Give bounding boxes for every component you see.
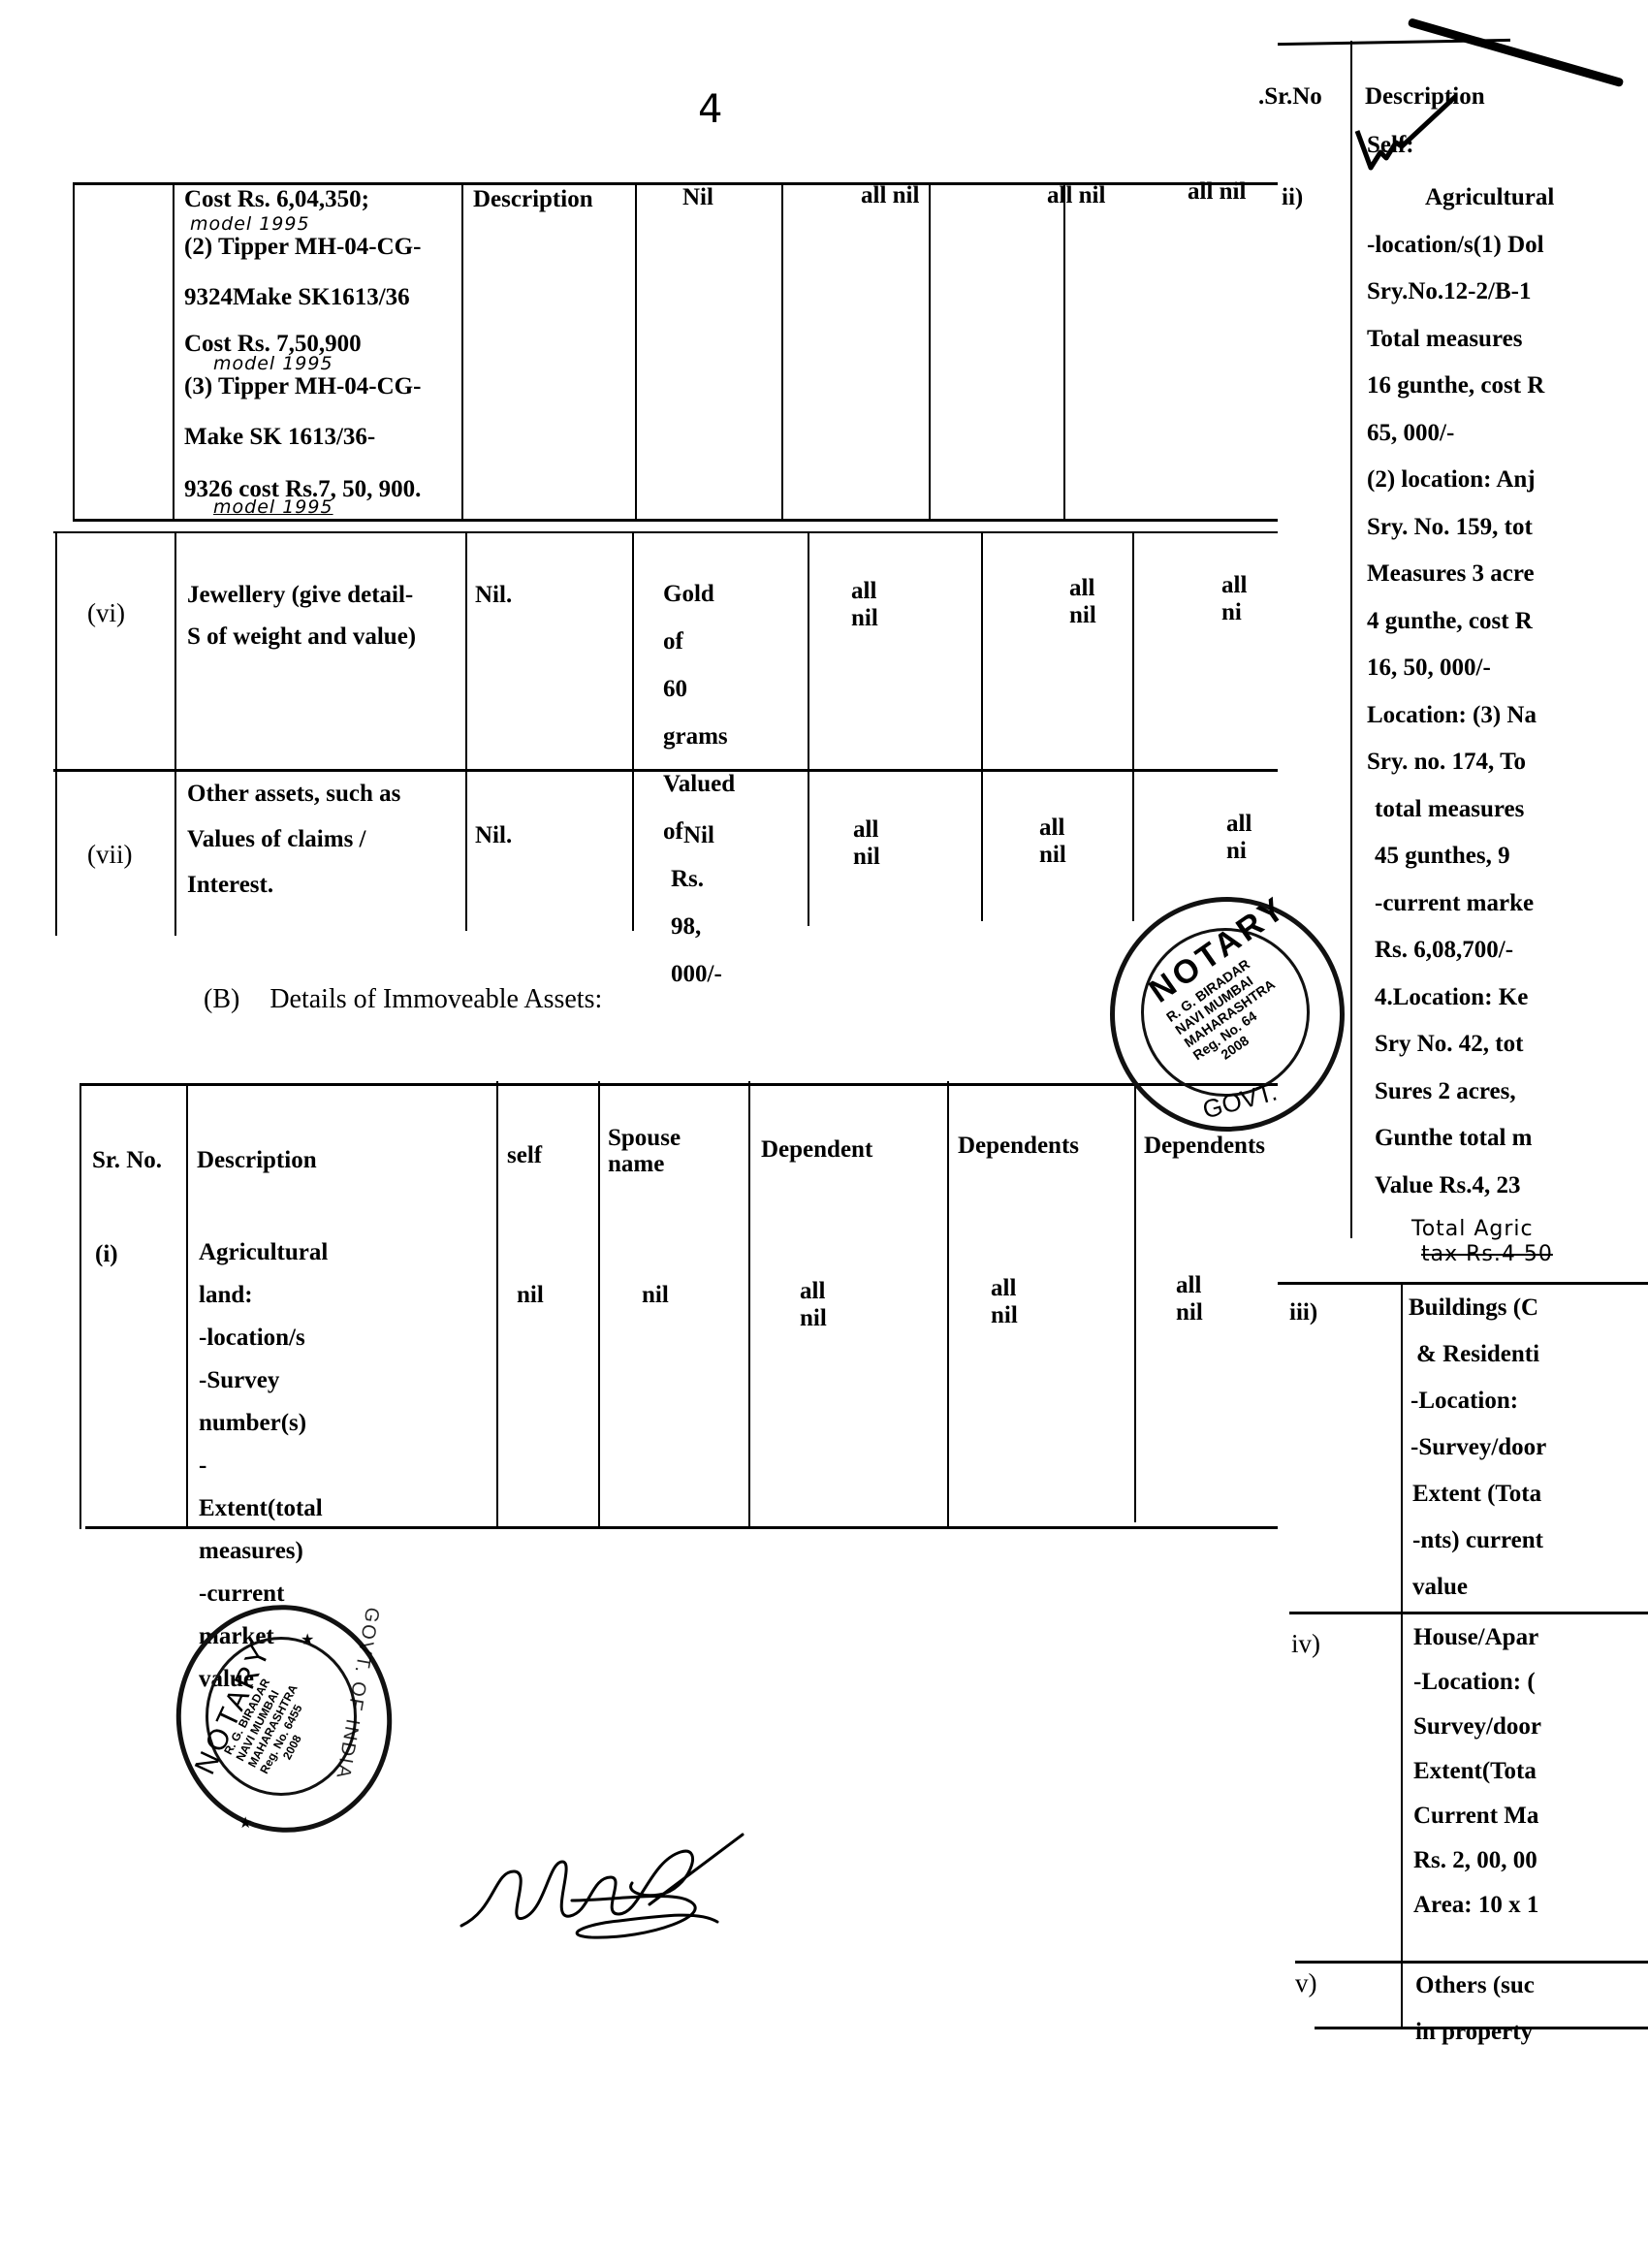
overlay-row-ii-sr: ii) bbox=[1282, 184, 1303, 211]
vehicles-self-cell: Description bbox=[473, 186, 593, 213]
handwritten-line: tax Rs.4 50 bbox=[1411, 1242, 1553, 1267]
description-line: value bbox=[1409, 1564, 1648, 1611]
description-line: Measures 3 acre bbox=[1367, 551, 1648, 598]
row-spouse-value: Gold of 60 grams Valued of Rs. 98, 000/- bbox=[663, 570, 735, 998]
description-line: -Survey number(s) bbox=[199, 1359, 328, 1445]
description-line: -Extent(total measures) bbox=[199, 1445, 328, 1573]
description-line: Buildings (C bbox=[1409, 1285, 1648, 1331]
description-line: 4.Location: Ke bbox=[1367, 974, 1648, 1022]
description-line: in property bbox=[1415, 2009, 1648, 2056]
row-self-value: Nil. bbox=[475, 822, 512, 849]
vehicles-dependent1-cell: all nil bbox=[861, 182, 919, 209]
description-line: -nts) current bbox=[1409, 1517, 1648, 1564]
description-line: Other assets, such as bbox=[187, 771, 468, 816]
overlay-row-iv-description: House/Apar -Location: ( Survey/door Exte… bbox=[1413, 1615, 1648, 1928]
handwritten-note: model 1995 bbox=[184, 216, 465, 234]
overlay-row-v-sr: v) bbox=[1295, 1968, 1317, 1998]
star-icon: ★ bbox=[238, 1813, 252, 1833]
row-description: Other assets, such as Values of claims /… bbox=[187, 771, 468, 908]
overlay-row-ii-description: Agricultural -location/s(1) Dol Sry.No.1… bbox=[1367, 175, 1648, 1209]
description-line: 45 gunthes, 9 bbox=[1367, 833, 1648, 880]
row-dependent3-value: all nil bbox=[1176, 1272, 1203, 1326]
vehicles-description-cell: Cost Rs. 6,04,350; model 1995 (2) Tipper… bbox=[184, 186, 465, 517]
value-line: Gold of bbox=[663, 570, 735, 665]
handwritten-note: model 1995 bbox=[184, 356, 465, 373]
description-line: 4 gunthe, cost R bbox=[1367, 598, 1648, 646]
row-dependent2-value: all nil bbox=[991, 1275, 1018, 1329]
vehicles-spouse-cell: Nil bbox=[682, 184, 713, 211]
description-line: Interest. bbox=[187, 862, 468, 908]
value-line: 60 grams bbox=[663, 665, 735, 760]
description-line: Sry. no. 174, To bbox=[1367, 739, 1648, 786]
row-dependent3-value: all ni bbox=[1221, 572, 1247, 626]
description-line: Sry No. 42, tot bbox=[1367, 1021, 1648, 1069]
header-dependents-2: Dependents bbox=[1144, 1133, 1265, 1160]
handwritten-total: Total Agric tax Rs.4 50 bbox=[1411, 1217, 1553, 1267]
header-dependent: Dependent bbox=[761, 1136, 872, 1164]
description-line: 16 gunthe, cost R bbox=[1367, 363, 1648, 410]
description-line: total measures bbox=[1367, 786, 1648, 834]
description-line: Value Rs.4, 23 bbox=[1367, 1163, 1648, 1210]
overlay-page: Sr.No. Description Self: ii) Agricultura… bbox=[1278, 0, 1648, 2268]
row-dependent1-value: all nil bbox=[853, 816, 880, 871]
header-spouse-name: Spouse name bbox=[608, 1125, 705, 1177]
row-sr-number: (i) bbox=[95, 1241, 118, 1268]
description-line: Agricultural bbox=[1367, 175, 1648, 222]
row-spouse-value: Nil bbox=[683, 822, 714, 849]
notary-stamp-bottom: NOTARY R. G. BIRADAR NAVI MUMBAI MAHARAS… bbox=[176, 1605, 399, 1837]
row-spouse-value: nil bbox=[642, 1282, 669, 1309]
vehicle-line: Cost Rs. 6,04,350; bbox=[184, 186, 465, 216]
description-line: Total measures bbox=[1367, 316, 1648, 364]
description-line: Current Ma bbox=[1413, 1794, 1648, 1838]
description-line: House/Apar bbox=[1413, 1615, 1648, 1660]
value-line: Rs. 98, 000/- bbox=[663, 855, 735, 998]
description-line: Others (suc bbox=[1415, 1963, 1648, 2009]
row-self-value: nil bbox=[517, 1282, 544, 1309]
row-sr-number: (vii) bbox=[87, 840, 133, 870]
description-line: 65, 000/- bbox=[1367, 410, 1648, 458]
header-self: self bbox=[507, 1142, 542, 1169]
overlay-row-iii-sr: iii) bbox=[1289, 1299, 1317, 1326]
header-dependents-1: Dependents bbox=[958, 1133, 1079, 1160]
description-line: Extent (Tota bbox=[1409, 1471, 1648, 1517]
description-line: Agricultural land: bbox=[199, 1231, 328, 1317]
signature-icon bbox=[456, 1833, 746, 1949]
description-line: -Location: bbox=[1409, 1378, 1648, 1424]
vehicle-line: (3) Tipper MH-04-CG- bbox=[184, 373, 465, 424]
overlay-row-iii-description: Buildings (C & Residenti -Location: -Sur… bbox=[1409, 1285, 1648, 1611]
vehicles-dependent3-cell: all nil bbox=[1188, 178, 1246, 206]
overlay-row-v-description: Others (suc in property bbox=[1415, 1963, 1648, 2056]
header-sr-no: Sr. No. bbox=[92, 1147, 162, 1174]
description-line: (2) location: Anj bbox=[1367, 457, 1648, 504]
description-line: -Survey/door bbox=[1409, 1424, 1648, 1471]
handwritten-line: Total Agric bbox=[1411, 1217, 1553, 1242]
description-line: Sures 2 acres, bbox=[1367, 1069, 1648, 1116]
row-dependent2-value: all nil bbox=[1069, 575, 1096, 629]
description-line: Values of claims / bbox=[187, 816, 468, 862]
description-line: Sry. No. 159, tot bbox=[1367, 504, 1648, 552]
section-b-heading: (B) Details of Immoveable Assets: bbox=[204, 984, 602, 1015]
description-line: 16, 50, 000/- bbox=[1367, 645, 1648, 692]
overlay-header-sr: Sr.No. bbox=[1258, 83, 1346, 111]
description-line: Survey/door bbox=[1413, 1705, 1648, 1749]
description-line: -location/s bbox=[199, 1317, 328, 1359]
row-dependent1-value: all nil bbox=[800, 1278, 827, 1332]
notary-stamp-top: NOTARY R. G. BIRADAR NAVI MUMBAI MAHARAS… bbox=[1110, 897, 1343, 1130]
description-line: Gunthe total m bbox=[1367, 1115, 1648, 1163]
description-line: Rs. 6,08,700/- bbox=[1367, 927, 1648, 974]
star-icon: ★ bbox=[301, 1630, 314, 1649]
description-line: Rs. 2, 00, 00 bbox=[1413, 1838, 1648, 1883]
description-line: Extent(Tota bbox=[1413, 1749, 1648, 1794]
vehicles-dependent2-cell: all nil bbox=[1047, 182, 1105, 209]
description-line: Location: (3) Na bbox=[1367, 692, 1648, 740]
section-title: Details of Immoveable Assets: bbox=[269, 984, 602, 1014]
overlay-row-iv-sr: iv) bbox=[1291, 1629, 1320, 1659]
row-dependent3-value: all ni bbox=[1226, 811, 1252, 865]
vehicle-line: (2) Tipper MH-04-CG- bbox=[184, 234, 465, 284]
row-sr-number: (vi) bbox=[87, 598, 125, 628]
vehicle-line: 9324Make SK1613/36 bbox=[184, 284, 465, 331]
description-line: S of weight and value) bbox=[187, 612, 468, 661]
pen-stroke bbox=[1408, 17, 1625, 87]
description-line: Sry.No.12-2/B-1 bbox=[1367, 269, 1648, 316]
description-line: & Residenti bbox=[1409, 1331, 1648, 1378]
row-self-value: Nil. bbox=[475, 582, 512, 609]
description-line: -location/s(1) Dol bbox=[1367, 222, 1648, 270]
header-description: Description bbox=[197, 1147, 317, 1174]
handwritten-note: model 1995 bbox=[184, 499, 465, 517]
description-line: Area: 10 x 1 bbox=[1413, 1883, 1648, 1928]
row-dependent2-value: all nil bbox=[1039, 815, 1066, 869]
row-description: Jewellery (give detail- S of weight and … bbox=[187, 570, 468, 661]
description-line: -current marke bbox=[1367, 880, 1648, 928]
section-label: (B) bbox=[204, 984, 239, 1014]
vehicle-line: Make SK 1613/36- bbox=[184, 424, 465, 476]
row-dependent1-value: all nil bbox=[851, 578, 878, 632]
page-number: 4 bbox=[698, 87, 723, 132]
description-line: -Location: ( bbox=[1413, 1660, 1648, 1705]
